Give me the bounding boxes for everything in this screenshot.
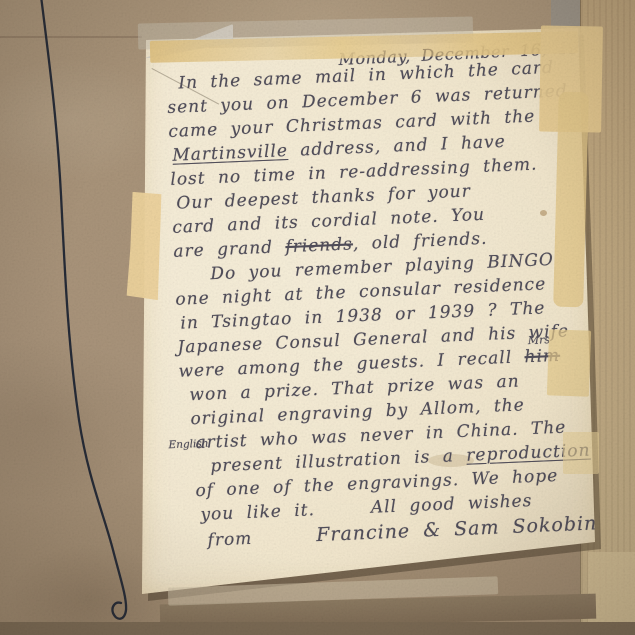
yellowed-tape-right-lower: [547, 329, 591, 396]
letter-body: In the same mail in which the card sent …: [166, 57, 601, 554]
underlined-word: Martinsville: [172, 141, 288, 166]
struck-word: friends: [285, 234, 353, 257]
letter-text: from: [207, 529, 253, 551]
letter-paper: Monday, December 16, 1963 In the same ma…: [138, 24, 603, 596]
yellowed-tape-right: [553, 92, 589, 308]
letter-text: you like it.: [200, 500, 315, 525]
framed-letter-photo: Monday, December 16, 1963 In the same ma…: [0, 0, 635, 635]
letter-text: , old friends.: [352, 229, 487, 255]
yellowed-tape-right-small: [563, 432, 599, 474]
inserted-word: Mrs: [528, 333, 551, 347]
margin-note: English: [168, 438, 208, 452]
letter-text: are grand: [173, 237, 286, 262]
